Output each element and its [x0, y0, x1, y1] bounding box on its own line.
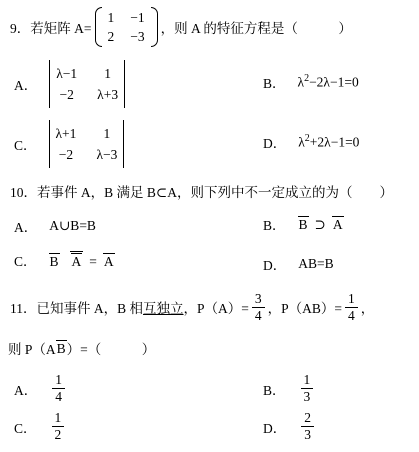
A-double-complement: A — [70, 251, 84, 270]
option-11D-fraction: 23 — [301, 410, 314, 443]
denominator: 4 — [345, 308, 358, 324]
numerator: 1 — [301, 372, 314, 389]
q9-options-row-1: A． λ−1 1 −2 λ+3 B． λ2−2λ−1=0 — [0, 60, 419, 114]
question-10-stem: 10． 若事件 A，B 满足 B⊂A，则下列中不一定成立的为（ ） — [0, 181, 419, 201]
option-10A: A． A∪B=B — [14, 216, 96, 236]
question-11-ask: 则 P（A — [8, 338, 56, 358]
option-11D: D． 23 — [263, 410, 317, 443]
question-10-close-paren: ） — [379, 181, 393, 201]
option-10C-label: C． — [14, 250, 37, 270]
q9-options-row-2: C． λ+1 1 −2 λ−3 D． λ2+2λ−1=0 — [0, 120, 419, 174]
det-entry-21: −2 — [56, 84, 77, 105]
fraction-one-fourth: 14 — [345, 291, 358, 324]
option-9D-label: D． — [263, 132, 286, 152]
det-entry-11: λ−1 — [56, 63, 77, 84]
comma: ， — [361, 297, 375, 317]
numerator: 2 — [301, 410, 314, 427]
question-9-text: ，则 A 的特征方程是（ — [161, 17, 298, 37]
question-11-intro: 已知事件 A，B 相 — [37, 297, 144, 317]
matrix-entry-21: 2 — [108, 27, 115, 46]
question-10-number: 10． — [10, 181, 37, 201]
q11-options-row-2: C． 12 D． 23 — [0, 410, 419, 446]
denominator: 4 — [252, 308, 265, 324]
option-11B-label: B． — [263, 379, 286, 399]
question-11-prob-A: ，P（A）= — [184, 297, 249, 317]
answer-blank — [352, 181, 379, 201]
denominator: 4 — [52, 389, 65, 405]
numerator: 1 — [52, 410, 65, 427]
superset-symbol: ⊃ — [315, 217, 326, 232]
question-9-number: 9． — [10, 17, 30, 37]
option-9D: D． λ2+2λ−1=0 — [263, 132, 359, 152]
question-11-number: 11． — [10, 297, 37, 317]
formula-rest: −2λ−1=0 — [309, 75, 359, 90]
numerator: 1 — [52, 372, 65, 389]
question-11-prob-AB: ，P（AB）= — [268, 297, 342, 317]
matrix-entry-22: −3 — [130, 27, 144, 46]
question-10-text: 若事件 A，B 满足 B⊂A，则下列中不一定成立的为（ — [37, 181, 352, 201]
question-11-ask-close: ）=（ — [67, 338, 102, 358]
option-9C-determinant: λ+1 1 −2 λ−3 — [49, 120, 125, 168]
document-page: 9． 若矩阵 A= 1 −1 2 −3 ，则 A 的特征方程是（ ） A． λ−… — [0, 0, 419, 452]
option-11B-fraction: 13 — [301, 372, 314, 405]
answer-blank — [298, 17, 339, 37]
option-10A-label: A． — [14, 216, 37, 236]
det-entry-12: 1 — [96, 123, 117, 144]
option-11D-label: D． — [263, 417, 286, 437]
matrix-entry-11: 1 — [108, 8, 115, 27]
option-9A-label: A． — [14, 74, 37, 94]
option-11C: C． 12 — [14, 410, 67, 443]
matrix-entry-12: −1 — [130, 8, 144, 27]
option-11B: B． 13 — [263, 372, 316, 405]
option-11C-label: C． — [14, 417, 37, 437]
B-complement: B — [49, 253, 60, 270]
left-paren — [95, 7, 102, 47]
A-inner: A — [71, 253, 83, 270]
det-entry-22: λ+3 — [97, 84, 118, 105]
option-11A-fraction: 14 — [52, 372, 65, 405]
option-9B: B． λ2−2λ−1=0 — [263, 72, 359, 92]
option-10C-formula: BA=A — [49, 251, 115, 270]
option-10C: C． BA=A — [14, 250, 115, 270]
option-9A: A． λ−1 1 −2 λ+3 — [14, 60, 125, 108]
det-entry-12: 1 — [97, 63, 118, 84]
option-10D-label: D． — [263, 254, 286, 274]
option-10B-label: B． — [263, 214, 286, 234]
det-entry-11: λ+1 — [56, 123, 77, 144]
option-9C-label: C． — [14, 134, 37, 154]
option-10A-formula: A∪B=B — [49, 218, 96, 234]
denominator: 3 — [301, 427, 314, 443]
fraction-three-fourths: 34 — [252, 291, 265, 324]
det-entry-22: λ−3 — [96, 144, 117, 165]
question-11-stem: 11． 已知事件 A，B 相 互独立 ，P（A）= 34 ，P（AB）= 14 … — [0, 288, 419, 326]
denominator: 3 — [301, 389, 314, 405]
q11-options-row-1: A． 14 B． 13 — [0, 372, 419, 408]
B-complement: B — [298, 216, 309, 233]
right-paren — [151, 7, 158, 47]
matrix-entries: 1 −1 2 −3 — [102, 7, 151, 47]
option-10B-formula: B⊃A — [298, 216, 344, 233]
question-11-line2: 则 P（A B ）=（ ） — [0, 336, 419, 360]
matrix-A: 1 −1 2 −3 — [95, 7, 158, 47]
option-10B: B． B⊃A — [263, 214, 344, 234]
option-9A-determinant: λ−1 1 −2 λ+3 — [49, 60, 125, 108]
det-entry-21: −2 — [56, 144, 77, 165]
question-9-stem: 9． 若矩阵 A= 1 −1 2 −3 ，则 A 的特征方程是（ ） — [0, 4, 419, 50]
formula-rest: +2λ−1=0 — [310, 135, 360, 150]
option-9D-formula: λ2+2λ−1=0 — [298, 133, 359, 151]
answer-blank — [101, 338, 142, 358]
question-9-intro: 若矩阵 A= — [30, 17, 91, 37]
denominator: 2 — [52, 427, 65, 443]
A-complement: A — [103, 253, 115, 270]
B-complement: B — [56, 340, 67, 357]
q10-options-row-2: C． BA=A D． AB=B — [0, 250, 419, 276]
option-11C-fraction: 12 — [52, 410, 65, 443]
equals-symbol: = — [89, 254, 97, 269]
A-complement: A — [332, 216, 344, 233]
option-11A-label: A． — [14, 379, 37, 399]
option-11A: A． 14 — [14, 372, 68, 405]
option-9B-label: B． — [263, 72, 286, 92]
option-9B-formula: λ2−2λ−1=0 — [298, 73, 359, 91]
q10-options-row-1: A． A∪B=B B． B⊃A — [0, 214, 419, 240]
numerator: 3 — [252, 291, 265, 308]
question-9-close-paren: ） — [338, 17, 352, 37]
question-11-close-paren: ） — [142, 338, 156, 358]
option-10D: D． AB=B — [263, 254, 334, 274]
option-10D-formula: AB=B — [298, 256, 333, 272]
question-11-underlined-text: 互独立 — [143, 297, 184, 317]
numerator: 1 — [345, 291, 358, 308]
option-9C: C． λ+1 1 −2 λ−3 — [14, 120, 124, 168]
